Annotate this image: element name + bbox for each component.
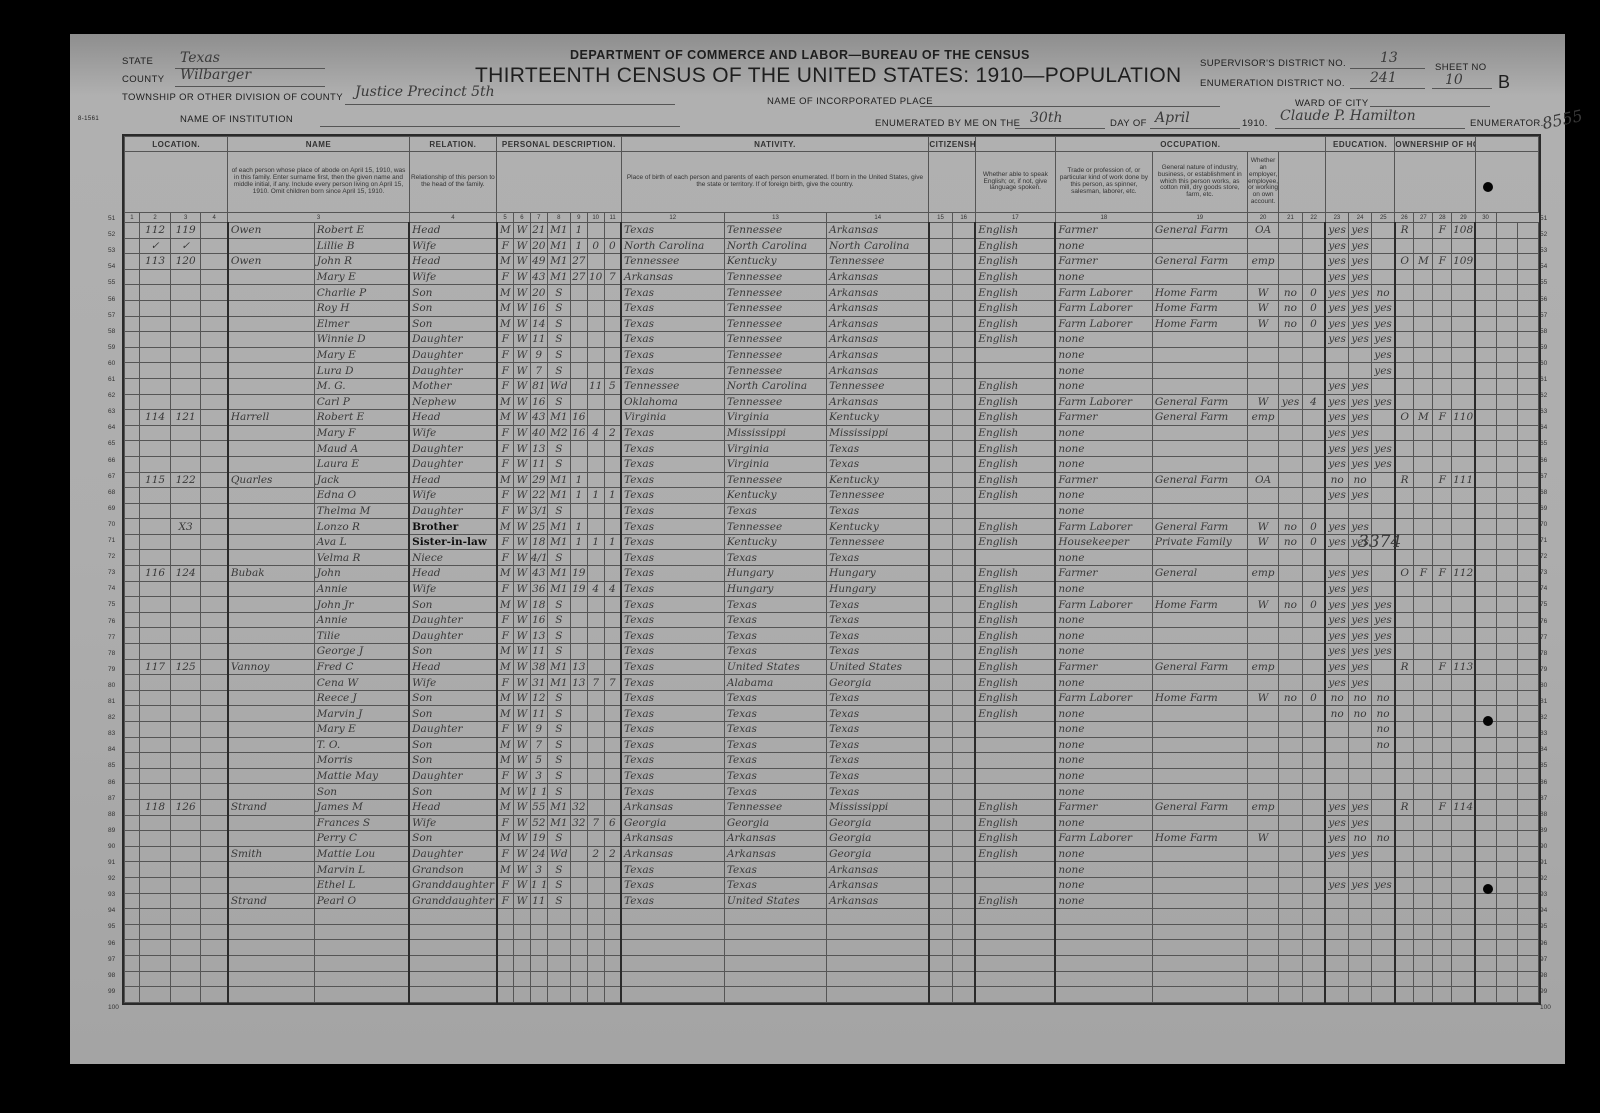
cell-cit2 (952, 238, 975, 254)
cell-age: 19 (530, 831, 547, 847)
cell-mother: Arkansas (827, 223, 929, 239)
cell-street (125, 456, 140, 472)
cell-mother (827, 924, 929, 940)
cell-trade: Farmer (1055, 659, 1152, 675)
cell-industry (1152, 862, 1247, 878)
margin-note: 8555 (1540, 106, 1584, 133)
cell-mother: Arkansas (827, 285, 929, 301)
cell-yrs (570, 690, 587, 706)
cell-school: yes (1372, 612, 1395, 628)
cell-father: Georgia (724, 815, 826, 831)
column-number: 7 (530, 213, 547, 223)
cell-free (1414, 347, 1433, 363)
cell-industry (1152, 644, 1247, 660)
department-heading: DEPARTMENT OF COMMERCE AND LABOR—BUREAU … (570, 48, 1030, 62)
cell-wks (1302, 488, 1325, 504)
cell-father: United States (724, 893, 826, 909)
cell-family (171, 550, 201, 566)
cell-m3 (1517, 223, 1538, 239)
cell-dwelling (139, 737, 171, 753)
cell-write: yes (1349, 269, 1372, 285)
cell-born: 11 (587, 378, 604, 394)
cell-wks (1302, 363, 1325, 379)
cell-age: 40 (530, 425, 547, 441)
cell-dwelling (139, 831, 171, 847)
cell-cit2 (952, 612, 975, 628)
cell-m2 (1496, 472, 1517, 488)
cell-birth (621, 971, 724, 987)
line-number: 98 (108, 972, 115, 979)
cell-mother: Texas (827, 456, 929, 472)
cell-living (604, 316, 621, 332)
cell-read (1325, 862, 1348, 878)
cell-own (1395, 363, 1414, 379)
cell-family (171, 597, 201, 613)
cell-yrs (570, 924, 587, 940)
cell-trade: none (1055, 238, 1152, 254)
cell-family (171, 924, 201, 940)
cell-free (1414, 846, 1433, 862)
cell-read: yes (1325, 456, 1348, 472)
cell-surname: Strand (228, 893, 314, 909)
cell-sched (1452, 363, 1475, 379)
cell-sched (1452, 550, 1475, 566)
cell-born (587, 363, 604, 379)
cell-sex: F (497, 456, 514, 472)
cell-trade: none (1055, 612, 1152, 628)
cell-surname (228, 316, 314, 332)
cell-m3 (1517, 519, 1538, 535)
cell-yrs: 13 (570, 675, 587, 691)
cell-wks (1302, 472, 1325, 488)
cell-m3 (1517, 254, 1538, 270)
cell-trade (1055, 940, 1152, 956)
cell-free (1414, 425, 1433, 441)
cell-family (171, 316, 201, 332)
cell-living (604, 332, 621, 348)
cell-cit1 (929, 300, 952, 316)
cell-family (171, 456, 201, 472)
cell-m3 (1517, 644, 1538, 660)
cell-sched (1452, 737, 1475, 753)
cell-school (1372, 675, 1395, 691)
cell-line_blank (200, 924, 227, 940)
cell-industry (1152, 503, 1247, 519)
cell-industry (1152, 784, 1247, 800)
cell-farm (1433, 269, 1452, 285)
table-row: ✓✓Lillie BWifeFW20M1100North CarolinaNor… (125, 238, 1539, 254)
cell-lang: English (975, 300, 1055, 316)
cell-read: yes (1325, 628, 1348, 644)
cell-own (1395, 628, 1414, 644)
cell-m2 (1496, 768, 1517, 784)
cell-m2 (1496, 706, 1517, 722)
cell-dwelling (139, 285, 171, 301)
cell-age: 11 (530, 644, 547, 660)
cell-race: W (513, 394, 530, 410)
cell-school (1372, 503, 1395, 519)
cell-born (587, 737, 604, 753)
cell-dwelling: 117 (139, 659, 171, 675)
cell-family (171, 768, 201, 784)
line-number: 86 (108, 779, 115, 786)
cell-mother: Arkansas (827, 893, 929, 909)
cell-street (125, 581, 140, 597)
cell-farm (1433, 316, 1452, 332)
cell-family (171, 987, 201, 1003)
cell-industry (1152, 628, 1247, 644)
cell-living (604, 893, 621, 909)
cell-yrs (570, 612, 587, 628)
cell-read: yes (1325, 581, 1348, 597)
table-row: Charlie PSonMW20STexasTennesseeArkansasE… (125, 285, 1539, 301)
cell-age: 81 (530, 378, 547, 394)
cell-write: yes (1349, 877, 1372, 893)
line-number: 77 (108, 634, 115, 641)
cell-age: 18 (530, 597, 547, 613)
cell-mother (827, 909, 929, 925)
cell-mother: Arkansas (827, 394, 929, 410)
cell-birth: Texas (621, 503, 724, 519)
cell-industry: Home Farm (1152, 285, 1247, 301)
cell-wks: 0 (1302, 316, 1325, 332)
cell-school: yes (1372, 363, 1395, 379)
cell-m3 (1517, 784, 1538, 800)
cell-age: 1 1/2 (530, 877, 547, 893)
cell-cit2 (952, 550, 975, 566)
cell-street (125, 488, 140, 504)
cell-mother: North Carolina (827, 238, 929, 254)
line-number: 72 (108, 553, 115, 560)
cell-free (1414, 332, 1433, 348)
cell-family (171, 784, 201, 800)
table-row: 116124BubakJohnHeadMW43M119TexasHungaryH… (125, 566, 1539, 582)
cell-wks (1302, 784, 1325, 800)
cell-dwelling (139, 269, 171, 285)
cell-line_blank (200, 441, 227, 457)
cell-street (125, 347, 140, 363)
cell-write: yes (1349, 285, 1372, 301)
cell-m1 (1475, 768, 1496, 784)
cell-wks (1302, 877, 1325, 893)
cell-relation: Son (409, 597, 496, 613)
cell-family (171, 378, 201, 394)
cell-yrs (570, 768, 587, 784)
cell-sched (1452, 784, 1475, 800)
column-number: 3 (171, 213, 201, 223)
cell-m3 (1517, 300, 1538, 316)
cell-street (125, 784, 140, 800)
cell-write: yes (1349, 612, 1372, 628)
cell-family: 122 (171, 472, 201, 488)
cell-born (587, 877, 604, 893)
cell-wks (1302, 550, 1325, 566)
cell-family (171, 971, 201, 987)
cell-surname (228, 300, 314, 316)
cell-cit2 (952, 534, 975, 550)
cell-sched (1452, 831, 1475, 847)
cell-own (1395, 425, 1414, 441)
cell-cit2 (952, 410, 975, 426)
table-row: Ava LSister-in-lawFW18M1111TexasKentucky… (125, 534, 1539, 550)
cell-street (125, 955, 140, 971)
cell-industry (1152, 347, 1247, 363)
cell-m1 (1475, 955, 1496, 971)
line-number: 52 (108, 231, 115, 238)
cell-born (587, 519, 604, 535)
cell-write: yes (1349, 441, 1372, 457)
cell-m3 (1517, 893, 1538, 909)
cell-relation: Mother (409, 378, 496, 394)
cell-surname (228, 425, 314, 441)
group-relation: RELATION. (409, 137, 496, 152)
cell-cit1 (929, 971, 952, 987)
cell-cit2 (952, 690, 975, 706)
cell-father: Texas (724, 690, 826, 706)
cell-surname (228, 378, 314, 394)
cell-wks: 0 (1302, 300, 1325, 316)
cell-free (1414, 441, 1433, 457)
cell-farm (1433, 503, 1452, 519)
line-number: 85 (108, 762, 115, 769)
cell-birth: Texas (621, 441, 724, 457)
cell-out (1279, 363, 1302, 379)
cell-trade: Farm Laborer (1055, 316, 1152, 332)
cell-wks (1302, 768, 1325, 784)
line-number: 67 (108, 473, 115, 480)
cell-m2 (1496, 238, 1517, 254)
group-misc (1475, 137, 1538, 152)
cell-sched (1452, 612, 1475, 628)
line-number: 74 (1540, 585, 1547, 592)
cell-dwelling: 115 (139, 472, 171, 488)
cell-father: United States (724, 659, 826, 675)
cell-father: Texas (724, 612, 826, 628)
cell-m1 (1475, 893, 1496, 909)
cell-wks: 0 (1302, 519, 1325, 535)
cell-living: 5 (604, 378, 621, 394)
cell-born: 1 (587, 488, 604, 504)
cell-m3 (1517, 597, 1538, 613)
cell-m1 (1475, 347, 1496, 363)
cell-family: 121 (171, 410, 201, 426)
cell-sched (1452, 503, 1475, 519)
column-number: 9 (570, 213, 587, 223)
cell-born (587, 940, 604, 956)
cell-m3 (1517, 488, 1538, 504)
cell-street (125, 815, 140, 831)
cell-out (1279, 332, 1302, 348)
cell-street (125, 269, 140, 285)
cell-birth: North Carolina (621, 238, 724, 254)
cell-farm (1433, 706, 1452, 722)
cell-emp (1247, 581, 1279, 597)
cell-line_blank (200, 893, 227, 909)
cell-write (1349, 893, 1372, 909)
cell-sched (1452, 300, 1475, 316)
table-row: Reece JSonMW12STexasTexasTexasEnglishFar… (125, 690, 1539, 706)
cell-relation: Head (409, 410, 496, 426)
census-rows: 112119OwenRobert EHeadMW21M11TexasTennes… (125, 223, 1539, 1003)
cell-cit1 (929, 269, 952, 285)
line-number: 79 (1540, 666, 1547, 673)
line-number: 92 (1540, 875, 1547, 882)
cell-emp (1247, 378, 1279, 394)
cell-given: Mary E (314, 347, 409, 363)
cell-emp: W (1247, 300, 1279, 316)
line-number: 80 (1540, 682, 1547, 689)
cell-lang (975, 940, 1055, 956)
cell-out: no (1279, 300, 1302, 316)
line-number: 58 (1540, 328, 1547, 335)
cell-emp (1247, 441, 1279, 457)
cell-line_blank (200, 597, 227, 613)
cell-family (171, 815, 201, 831)
cell-surname (228, 737, 314, 753)
cell-relation: Son (409, 690, 496, 706)
cell-m1 (1475, 550, 1496, 566)
cell-cit1 (929, 503, 952, 519)
cell-family (171, 955, 201, 971)
cell-mother: Hungary (827, 581, 929, 597)
punch-hole (1483, 884, 1493, 894)
cell-race: W (513, 706, 530, 722)
cell-school (1372, 550, 1395, 566)
cell-m2 (1496, 519, 1517, 535)
cell-farm: F (1433, 472, 1452, 488)
cell-m1 (1475, 971, 1496, 987)
cell-cit2 (952, 332, 975, 348)
cell-given: Charlie P (314, 285, 409, 301)
cell-given (314, 955, 409, 971)
cell-line_blank (200, 690, 227, 706)
cell-marital: M1 (547, 269, 570, 285)
table-row: 117125VannoyFred CHeadMW38M113TexasUnite… (125, 659, 1539, 675)
cell-sched (1452, 285, 1475, 301)
cell-born (587, 472, 604, 488)
cell-born (587, 722, 604, 738)
cell-born (587, 612, 604, 628)
cell-cit1 (929, 425, 952, 441)
cell-emp (1247, 940, 1279, 956)
line-number: 57 (1540, 312, 1547, 319)
cell-m3 (1517, 550, 1538, 566)
table-row: Mary EDaughterFW9STexasTennesseeArkansas… (125, 347, 1539, 363)
cell-cit2 (952, 316, 975, 332)
cell-write (1349, 955, 1372, 971)
cell-free: M (1414, 254, 1433, 270)
cell-line_blank (200, 581, 227, 597)
cell-write: no (1349, 472, 1372, 488)
cell-surname: Quarles (228, 472, 314, 488)
cell-sched (1452, 722, 1475, 738)
cell-m2 (1496, 332, 1517, 348)
cell-out (1279, 706, 1302, 722)
cell-wks (1302, 799, 1325, 815)
cell-race: W (513, 690, 530, 706)
cell-read: yes (1325, 815, 1348, 831)
cell-marital: S (547, 831, 570, 847)
table-row (125, 987, 1539, 1003)
cell-street (125, 612, 140, 628)
line-number: 94 (108, 907, 115, 914)
cell-family (171, 612, 201, 628)
cell-wks (1302, 924, 1325, 940)
cell-surname (228, 955, 314, 971)
cell-lang: English (975, 581, 1055, 597)
cell-born (587, 597, 604, 613)
cell-trade: Farm Laborer (1055, 597, 1152, 613)
cell-m3 (1517, 628, 1538, 644)
cell-sex: F (497, 488, 514, 504)
cell-father: Texas (724, 706, 826, 722)
cell-yrs (570, 300, 587, 316)
cell-m3 (1517, 441, 1538, 457)
cell-given: John R (314, 254, 409, 270)
cell-line_blank (200, 456, 227, 472)
cell-m2 (1496, 612, 1517, 628)
cell-race: W (513, 877, 530, 893)
cell-emp (1247, 675, 1279, 691)
cell-own (1395, 394, 1414, 410)
cell-dwelling (139, 316, 171, 332)
cell-marital: S (547, 300, 570, 316)
column-number: 6 (513, 213, 530, 223)
cell-read (1325, 722, 1348, 738)
cell-write (1349, 784, 1372, 800)
cell-father: Tennessee (724, 316, 826, 332)
cell-cit2 (952, 472, 975, 488)
cell-marital: M1 (547, 815, 570, 831)
cell-birth: Texas (621, 753, 724, 769)
cell-m2 (1496, 316, 1517, 332)
cell-own (1395, 955, 1414, 971)
group-location: LOCATION. (125, 137, 228, 152)
cell-trade: Housekeeper (1055, 534, 1152, 550)
cell-sex (497, 987, 514, 1003)
cell-own (1395, 456, 1414, 472)
cell-school (1372, 940, 1395, 956)
cell-read (1325, 893, 1348, 909)
cell-age: 3/12 (530, 503, 547, 519)
cell-free (1414, 612, 1433, 628)
cell-sex: F (497, 238, 514, 254)
supervisor-district-label: SUPERVISOR'S DISTRICT NO. (1200, 58, 1346, 69)
cell-out (1279, 768, 1302, 784)
column-number: 17 (975, 213, 1055, 223)
column-number-row: 1234345678910111213141516171819202122232… (125, 213, 1539, 223)
cell-trade: Farm Laborer (1055, 300, 1152, 316)
cell-cit2 (952, 831, 975, 847)
cell-marital: M2 (547, 425, 570, 441)
cell-living (604, 644, 621, 660)
cell-read (1325, 753, 1348, 769)
cell-trade: none (1055, 628, 1152, 644)
cell-dwelling (139, 394, 171, 410)
cell-industry: General Farm (1152, 410, 1247, 426)
cell-surname (228, 987, 314, 1003)
cell-farm (1433, 550, 1452, 566)
cell-father: Hungary (724, 566, 826, 582)
cell-m1 (1475, 924, 1496, 940)
cell-industry (1152, 456, 1247, 472)
cell-m1 (1475, 363, 1496, 379)
cell-out (1279, 472, 1302, 488)
cell-trade: Farm Laborer (1055, 831, 1152, 847)
cell-relation (409, 955, 496, 971)
cell-trade: Farmer (1055, 410, 1152, 426)
line-number: 73 (108, 569, 115, 576)
